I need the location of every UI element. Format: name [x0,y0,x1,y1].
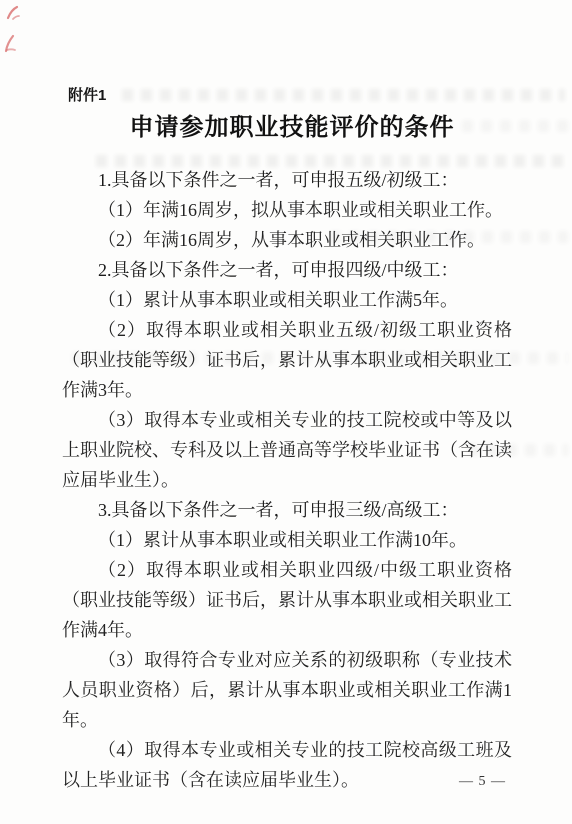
paragraph-item: （1）年满16周岁，拟从事本职业或相关职业工作。 [62,195,512,225]
paragraph-item: （3）取得本专业或相关专业的技工院校或中等及以上职业院校、专科及以上普通高等学校… [62,405,512,495]
paragraph-item: （2）取得本职业或相关职业四级/中级工职业资格（职业技能等级）证书后，累计从事本… [62,555,512,645]
red-pen-mark [5,4,21,22]
paragraph-item: （1）累计从事本职业或相关职业工作满5年。 [62,285,512,315]
document-body: 1.具备以下条件之一者，可申报五级/初级工： （1）年满16周岁，拟从事本职业或… [62,165,512,795]
paragraph-item: （1）累计从事本职业或相关职业工作满10年。 [62,525,512,555]
document-title: 申请参加职业技能评价的条件 [62,107,522,142]
red-pen-mark [2,34,18,54]
paragraph-item: （3）取得符合专业对应关系的初级职称（专业技术人员职业资格）后，累计从事本职业或… [62,645,512,735]
paragraph-section-3: 3.具备以下条件之一者，可申报三级/高级工： [62,495,512,525]
paragraph-section-1: 1.具备以下条件之一者，可申报五级/初级工： [62,165,512,195]
paragraph-item: （2）年满16周岁，从事本职业或相关职业工作。 [62,225,512,255]
paragraph-section-2: 2.具备以下条件之一者，可申报四级/中级工： [62,255,512,285]
paragraph-item: （2）取得本职业或相关职业五级/初级工职业资格（职业技能等级）证书后，累计从事本… [62,315,512,405]
bleed-through-noise [122,89,565,101]
paragraph-item: （4）取得本专业或相关专业的技工院校高级工班及以上毕业证书（含在读应届毕业生）。 [62,735,512,795]
scanned-document-page: 附件1 申请参加职业技能评价的条件 1.具备以下条件之一者，可申报五级/初级工：… [0,0,572,824]
attachment-label: 附件1 [68,84,106,105]
page-number: — 5 — [459,774,506,790]
